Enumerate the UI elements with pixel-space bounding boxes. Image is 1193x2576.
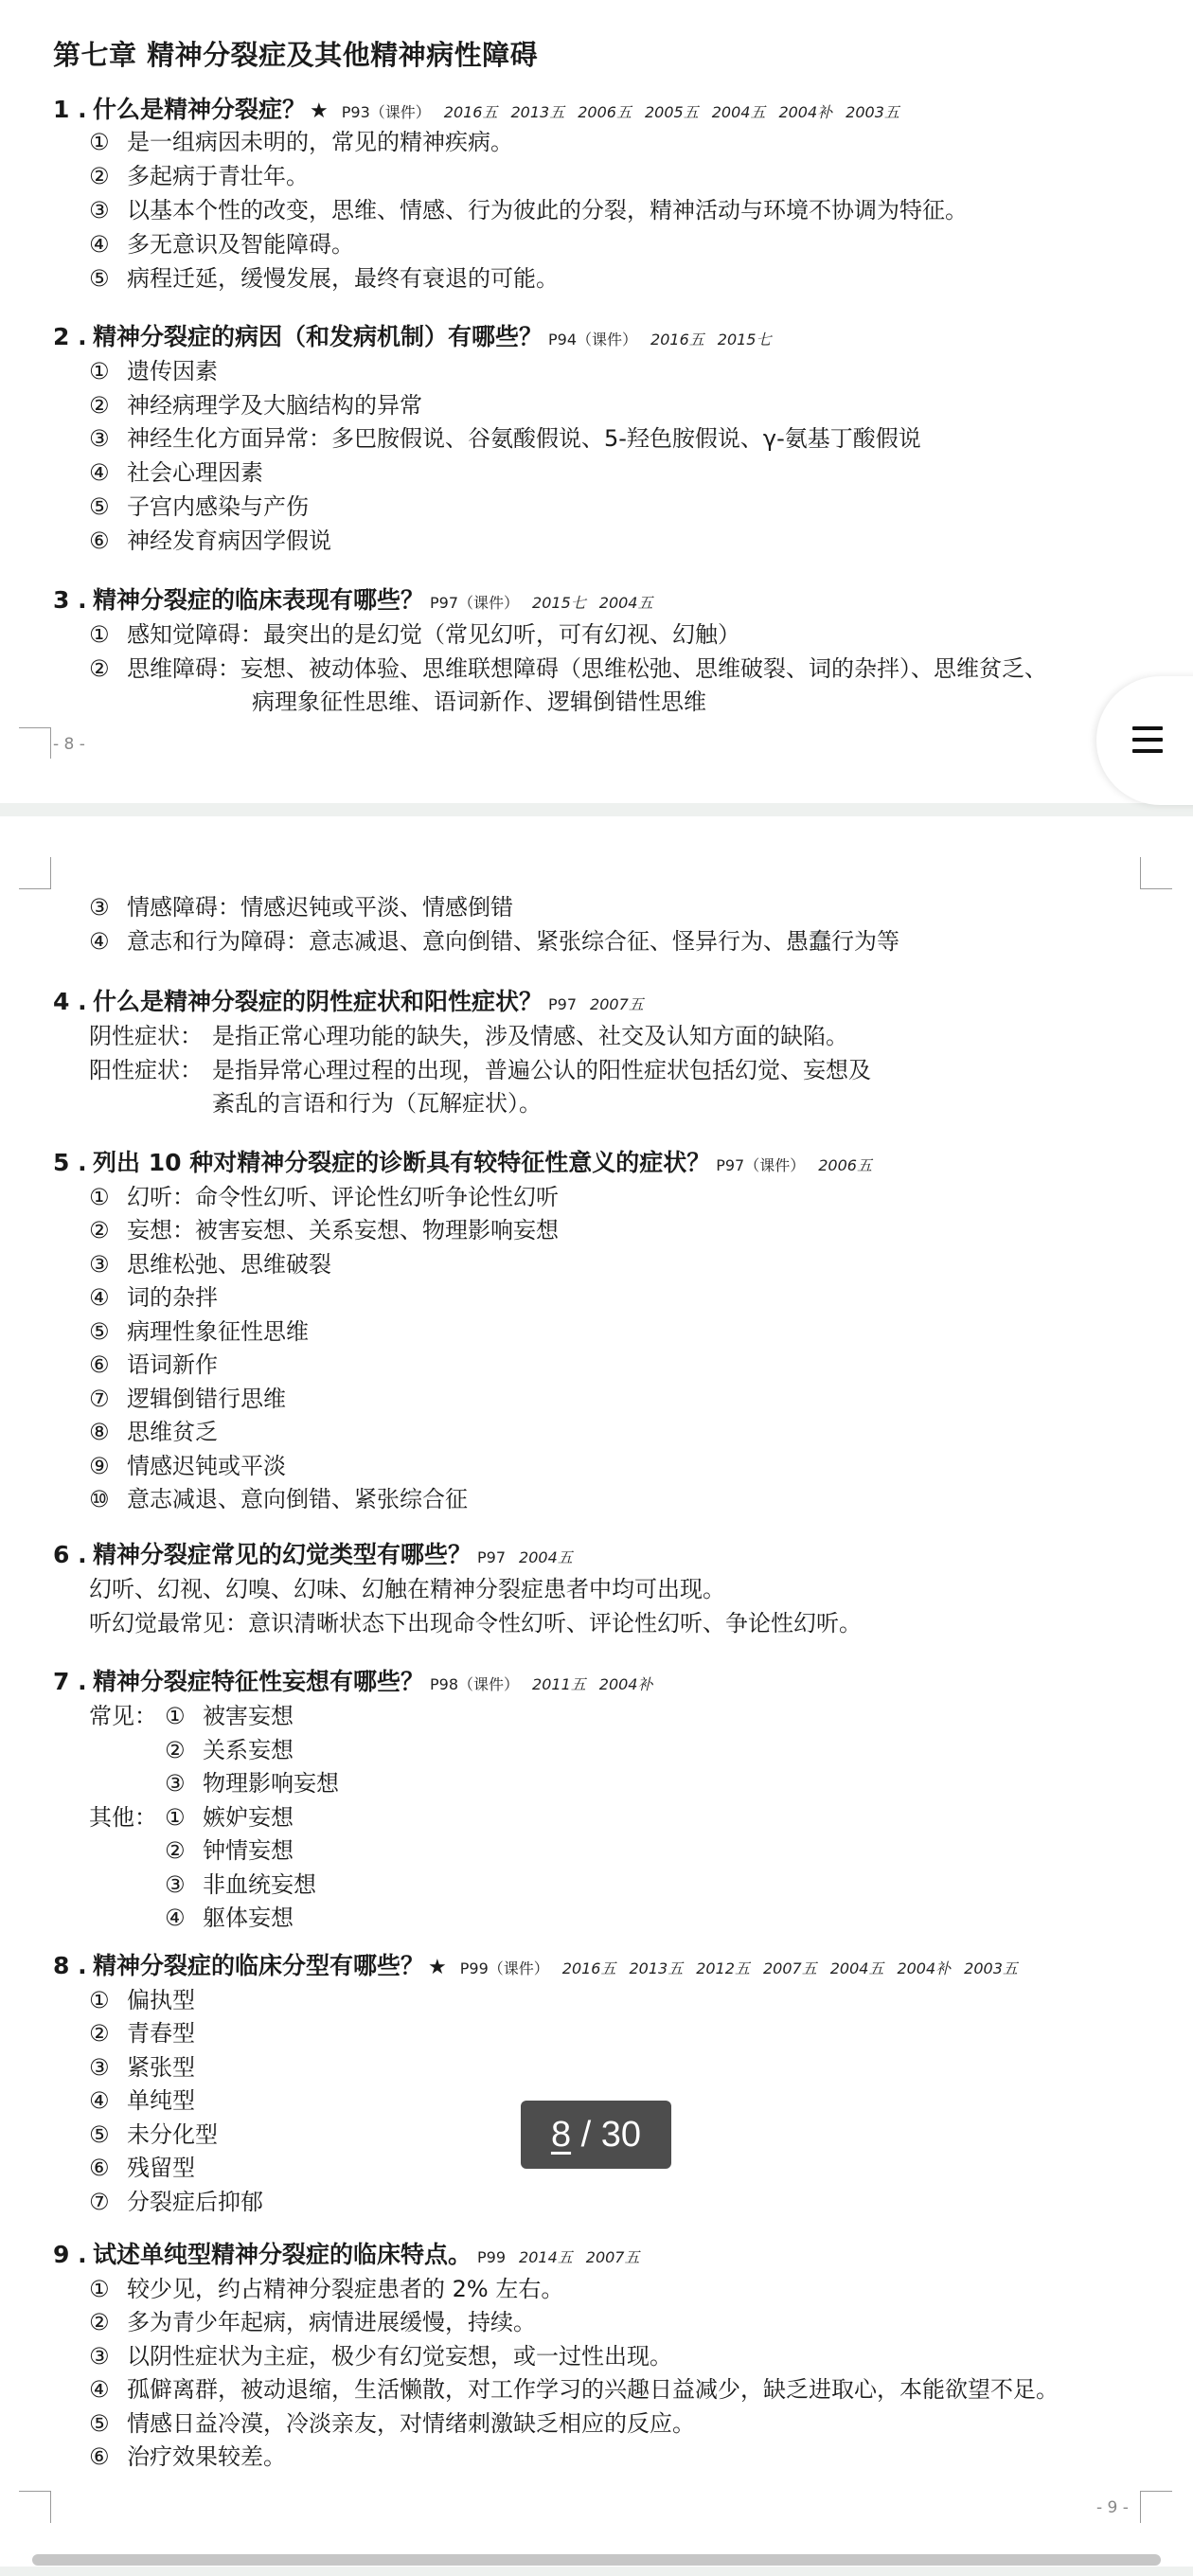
- star-icon: ★: [428, 1956, 447, 1979]
- page-corner-mark: [19, 2491, 51, 2523]
- list-item: ⑤病理性象征性思维: [89, 1313, 309, 1346]
- question-meta: P97（课件）2015七2004五: [430, 594, 666, 612]
- question-7-heading: 7 .精神分裂症特征性妄想有哪些？P98（课件）2011五2004补: [53, 1663, 667, 1697]
- page-separator: [0, 2567, 1193, 2576]
- definition-continuation: 紊乱的言语和行为（瓦解症状）。: [212, 1084, 542, 1118]
- page-number: - 9 -: [1096, 2498, 1129, 2517]
- list-item: ④单纯型: [89, 2082, 195, 2115]
- page-corner-mark: [19, 727, 51, 759]
- list-item: ⑤情感日益冷漠，冷淡亲友，对情绪刺激缺乏相应的反应。: [89, 2405, 695, 2438]
- list-item: ④躯体妄想: [165, 1899, 294, 1932]
- question-meta: P972007五: [548, 995, 657, 1013]
- question-5-heading: 5 .列出 10 种对精神分裂症的诊断具有较特征性意义的症状？P97（课件）20…: [53, 1144, 885, 1178]
- page-corner-mark: [1140, 857, 1172, 889]
- list-item: ⑧思维贫乏: [89, 1413, 218, 1446]
- star-icon: ★: [310, 99, 329, 123]
- question-meta: P972004五: [477, 1548, 586, 1566]
- paragraph: 听幻觉最常见：意识清晰状态下出现命令性幻听、评论性幻听、争论性幻听。: [89, 1604, 862, 1637]
- list-item: ⑤子宫内感染与产伤: [89, 488, 309, 521]
- list-item: ②思维障碍：妄想、被动体验、思维联想障碍（思维松弛、思维破裂、词的杂拌）、思维贫…: [89, 650, 1047, 683]
- question-1-heading: 1 .什么是精神分裂症？★P93（课件）2016五2013五2006五2005五…: [53, 91, 913, 125]
- list-item: ⑥残留型: [89, 2149, 195, 2182]
- page-corner-mark: [1140, 2491, 1172, 2523]
- list-item: ②青春型: [89, 2014, 195, 2048]
- group-label-common: 常见：: [89, 1697, 157, 1730]
- list-item: ③神经生化方面异常：多巴胺假说、谷氨酸假说、5-羟色胺假说、γ-氨基丁酸假说: [89, 420, 921, 453]
- total-pages: 30: [601, 2115, 641, 2156]
- definition-negative: 阴性症状：是指正常心理功能的缺失，涉及情感、社交及认知方面的缺陷。: [89, 1017, 848, 1050]
- chapter-title: 第七章 精神分裂症及其他精神病性障碍: [53, 34, 538, 73]
- list-item: ④孤僻离群，被动退缩，生活懒散，对工作学习的兴趣日益减少，缺乏进取心，本能欲望不…: [89, 2370, 1059, 2404]
- list-item: ⑥神经发育病因学假说: [89, 522, 331, 555]
- list-item: ②关系妄想: [165, 1731, 294, 1764]
- list-item: ①是一组病因未明的，常见的精神疾病。: [89, 123, 513, 156]
- question-meta: P93（课件）2016五2013五2006五2005五2004五2004补200…: [342, 103, 913, 121]
- list-item-continuation: 病理象征性思维、语词新作、逻辑倒错性思维: [252, 683, 706, 716]
- list-item: ⑤未分化型: [89, 2116, 218, 2149]
- list-item: ④社会心理因素: [89, 454, 263, 487]
- list-item: ③非血统妄想: [165, 1866, 316, 1899]
- list-item: ⑤病程迁延，缓慢发展，最终有衰退的可能。: [89, 259, 559, 293]
- list-item: ⑩意志减退、意向倒错、紧张综合征: [89, 1480, 468, 1513]
- list-item: ①偏执型: [89, 1981, 195, 2014]
- page-separator: [0, 803, 1193, 816]
- list-item: ⑦逻辑倒错行思维: [89, 1380, 286, 1413]
- list-item: ②钟情妄想: [165, 1832, 294, 1865]
- list-item: ③以阴性症状为主症，极少有幻觉妄想，或一过性出现。: [89, 2337, 672, 2370]
- question-8-heading: 8 .精神分裂症的临床分型有哪些？★P99（课件）2016五2013五2012五…: [53, 1947, 1031, 1981]
- list-item: ③紧张型: [89, 2048, 195, 2082]
- list-item: ②多为青少年起病，病情进展缓慢，持续。: [89, 2303, 536, 2336]
- list-item: ⑥治疗效果较差。: [89, 2438, 286, 2471]
- question-meta: P992014五2007五: [477, 2248, 652, 2266]
- list-item: ③物理影响妄想: [165, 1764, 339, 1798]
- page-number: - 8 -: [53, 735, 85, 754]
- list-item: ①被害妄想: [165, 1697, 294, 1730]
- horizontal-scrollbar[interactable]: [32, 2554, 1161, 2566]
- paragraph: 幻听、幻视、幻嗅、幻味、幻触在精神分裂症患者中均可出现。: [89, 1570, 725, 1603]
- list-item: ③情感障碍：情感迟钝或平淡、情感倒错: [89, 888, 513, 921]
- question-meta: P98（课件）2011五2004补: [430, 1675, 666, 1693]
- question-4-heading: 4 .什么是精神分裂症的阴性症状和阳性症状？P972007五: [53, 983, 657, 1017]
- definition-positive: 阳性症状：是指异常心理过程的出现，普遍公认的阳性症状包括幻觉、妄想及: [89, 1051, 871, 1084]
- list-item: ②妄想：被害妄想、关系妄想、物理影响妄想: [89, 1211, 559, 1244]
- document-page-8: 第七章 精神分裂症及其他精神病性障碍 1 .什么是精神分裂症？★P93（课件）2…: [0, 0, 1193, 803]
- list-item: ⑦分裂症后抑郁: [89, 2183, 263, 2216]
- list-item: ①较少见，约占精神分裂症患者的 2% 左右。: [89, 2270, 563, 2303]
- list-item: ⑥语词新作: [89, 1346, 218, 1379]
- list-item: ②多起病于青壮年。: [89, 157, 309, 190]
- list-item: ④词的杂拌: [89, 1279, 218, 1312]
- page-corner-mark: [19, 857, 51, 889]
- list-item: ③以基本个性的改变，思维、情感、行为彼此的分裂，精神活动与环境不协调为特征。: [89, 191, 968, 224]
- list-item: ②神经病理学及大脑结构的异常: [89, 386, 422, 420]
- question-3-heading: 3 .精神分裂症的临床表现有哪些？P97（课件）2015七2004五: [53, 581, 667, 616]
- question-meta: P97（课件）2006五: [716, 1156, 885, 1174]
- question-2-heading: 2 .精神分裂症的病因（和发病机制）有哪些？P94（课件）2016五2015七: [53, 318, 785, 352]
- list-item: ①遗传因素: [89, 352, 218, 385]
- question-9-heading: 9 .试述单纯型精神分裂症的临床特点。P992014五2007五: [53, 2236, 653, 2270]
- list-item: ①嫉妒妄想: [165, 1798, 294, 1832]
- question-6-heading: 6 .精神分裂症常见的幻觉类型有哪些？P972004五: [53, 1536, 586, 1570]
- list-item: ④意志和行为障碍：意志减退、意向倒错、紧张综合征、怪异行为、愚蠢行为等: [89, 922, 899, 956]
- question-meta: P99（课件）2016五2013五2012五2007五2004五2004补200…: [460, 1959, 1031, 1977]
- question-meta: P94（课件）2016五2015七: [548, 331, 784, 349]
- list-item: ①幻听：命令性幻听、评论性幻听争论性幻听: [89, 1178, 559, 1211]
- list-item: ⑨情感迟钝或平淡: [89, 1447, 286, 1480]
- group-label-other: 其他：: [89, 1798, 157, 1832]
- list-item: ①感知觉障碍：最突出的是幻觉（常见幻听，可有幻视、幻触）: [89, 616, 740, 649]
- list-item: ④多无意识及智能障碍。: [89, 225, 354, 259]
- list-item: ③思维松弛、思维破裂: [89, 1245, 331, 1279]
- current-page: 8: [551, 2115, 571, 2156]
- page-indicator: 8 / 30: [521, 2101, 671, 2169]
